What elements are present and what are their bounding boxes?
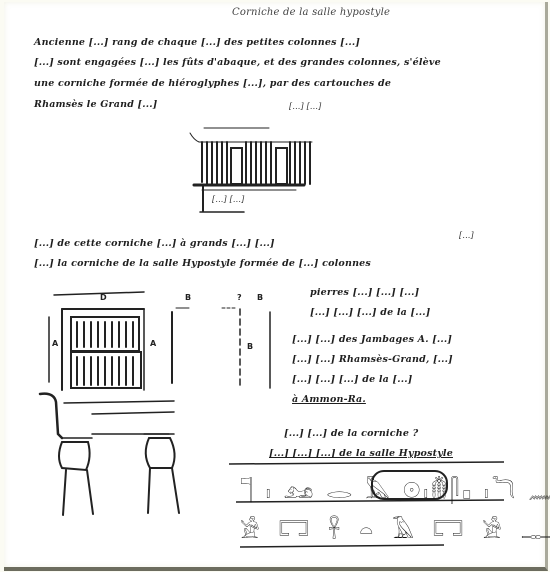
hieroglyph-row-2: 𓀀 𓉐 𓋹 𓏏 𓄿 𓉐 𓀀 𓊃: [240, 510, 550, 546]
manuscript-page: Corniche de la salle hypostyle Ancienne …: [4, 2, 548, 571]
hieroglyph-row-1: 𓊹 𓏤 𓃭 𓂋 𓅓 𓇳𓏤𓄟𓋴𓊪 𓏤𓆓 𓈖: [240, 470, 550, 506]
